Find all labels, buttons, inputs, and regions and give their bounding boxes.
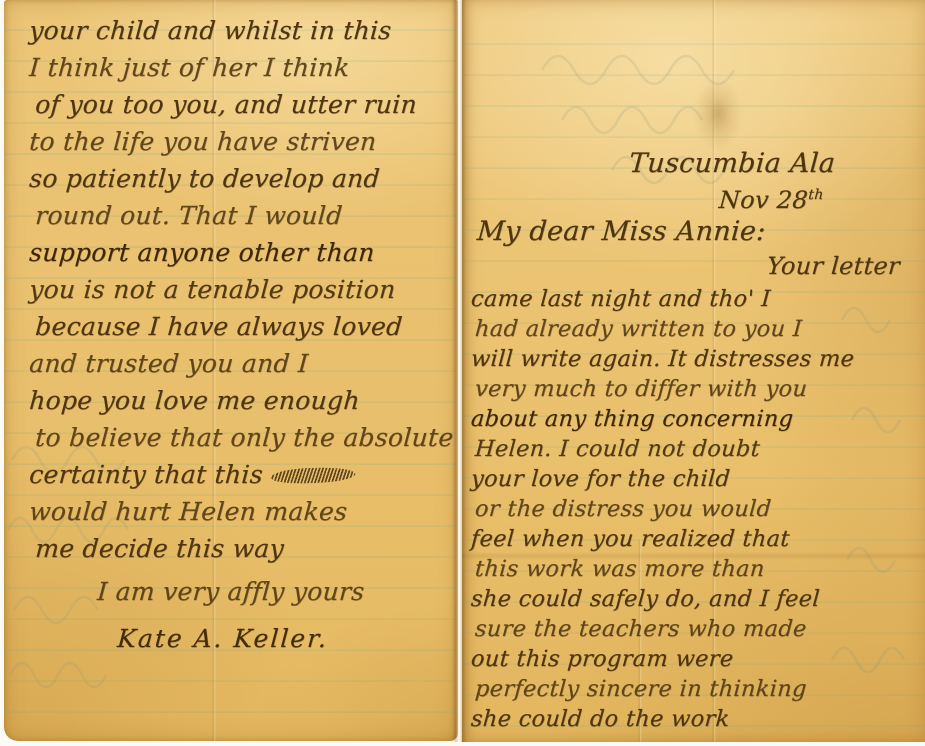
handwriting-line: certainty that this — [28, 456, 458, 493]
handwriting-line: so patiently to develop and — [28, 160, 458, 197]
handwriting-line: your child and whilst in this — [28, 12, 458, 49]
letter-page-right: Tuscumbia Ala Nov 28th My dear Miss Anni… — [462, 0, 925, 742]
stain — [694, 78, 742, 150]
handwriting-line: she could safely do, and I feel — [470, 584, 925, 614]
handwriting-line: because I have always loved — [34, 308, 458, 345]
handwriting-line: support anyone other than — [28, 234, 458, 271]
handwriting-line: about any thing concerning — [470, 404, 925, 434]
handwriting-line: would hurt Helen makes — [28, 493, 458, 530]
handwriting-line: perfectly sincere in thinking — [474, 674, 925, 704]
handwriting-line: very much to differ with you — [474, 374, 925, 404]
opening-line: Your letter — [766, 252, 901, 280]
handwriting-line: this work was more than — [474, 554, 925, 584]
handwriting-line: had already written to you I — [474, 314, 925, 344]
handwriting-line: I think just of her I think — [28, 49, 458, 86]
handwriting-line: came last night and tho' I — [470, 284, 925, 314]
closing-line: I am very affly yours — [96, 573, 458, 610]
letter-page-left: your child and whilst in this I think ju… — [4, 0, 458, 741]
signature: Kate A. Keller. — [116, 620, 458, 657]
place-line: Tuscumbia Ala — [628, 148, 836, 179]
handwriting-line: and trusted you and I — [28, 345, 458, 382]
handwriting-line: Helen. I could not doubt — [474, 434, 925, 464]
right-page-body: came last night and tho' I had already w… — [470, 284, 925, 734]
handwriting-line: she could do the work — [470, 704, 925, 734]
left-page-body: your child and whilst in this I think ju… — [28, 12, 458, 657]
handwriting-line: round out. That I would — [34, 197, 458, 234]
letter-scan: your child and whilst in this I think ju… — [0, 0, 925, 746]
handwriting-line: you is not a tenable position — [28, 271, 458, 308]
handwriting-line: will write again. It distresses me — [470, 344, 925, 374]
handwriting-line: hope you love me enough — [28, 382, 458, 419]
handwriting-line: your love for the child — [470, 464, 925, 494]
handwriting-line: or the distress you would — [474, 494, 925, 524]
handwriting-line: to the life you have striven — [28, 123, 458, 160]
handwriting-line: sure the teachers who made — [474, 614, 925, 644]
handwriting-line: me decide this way — [34, 530, 458, 567]
salutation-line: My dear Miss Annie: — [476, 216, 767, 247]
date-line: Nov 28th — [718, 186, 824, 214]
handwriting-line: feel when you realized that — [470, 524, 925, 554]
handwriting-line: to believe that only the absolute — [34, 419, 458, 456]
handwriting-line: of you too you, and utter ruin — [34, 86, 458, 123]
handwriting-line: out this program were — [470, 644, 925, 674]
scratched-out-word — [269, 466, 356, 484]
